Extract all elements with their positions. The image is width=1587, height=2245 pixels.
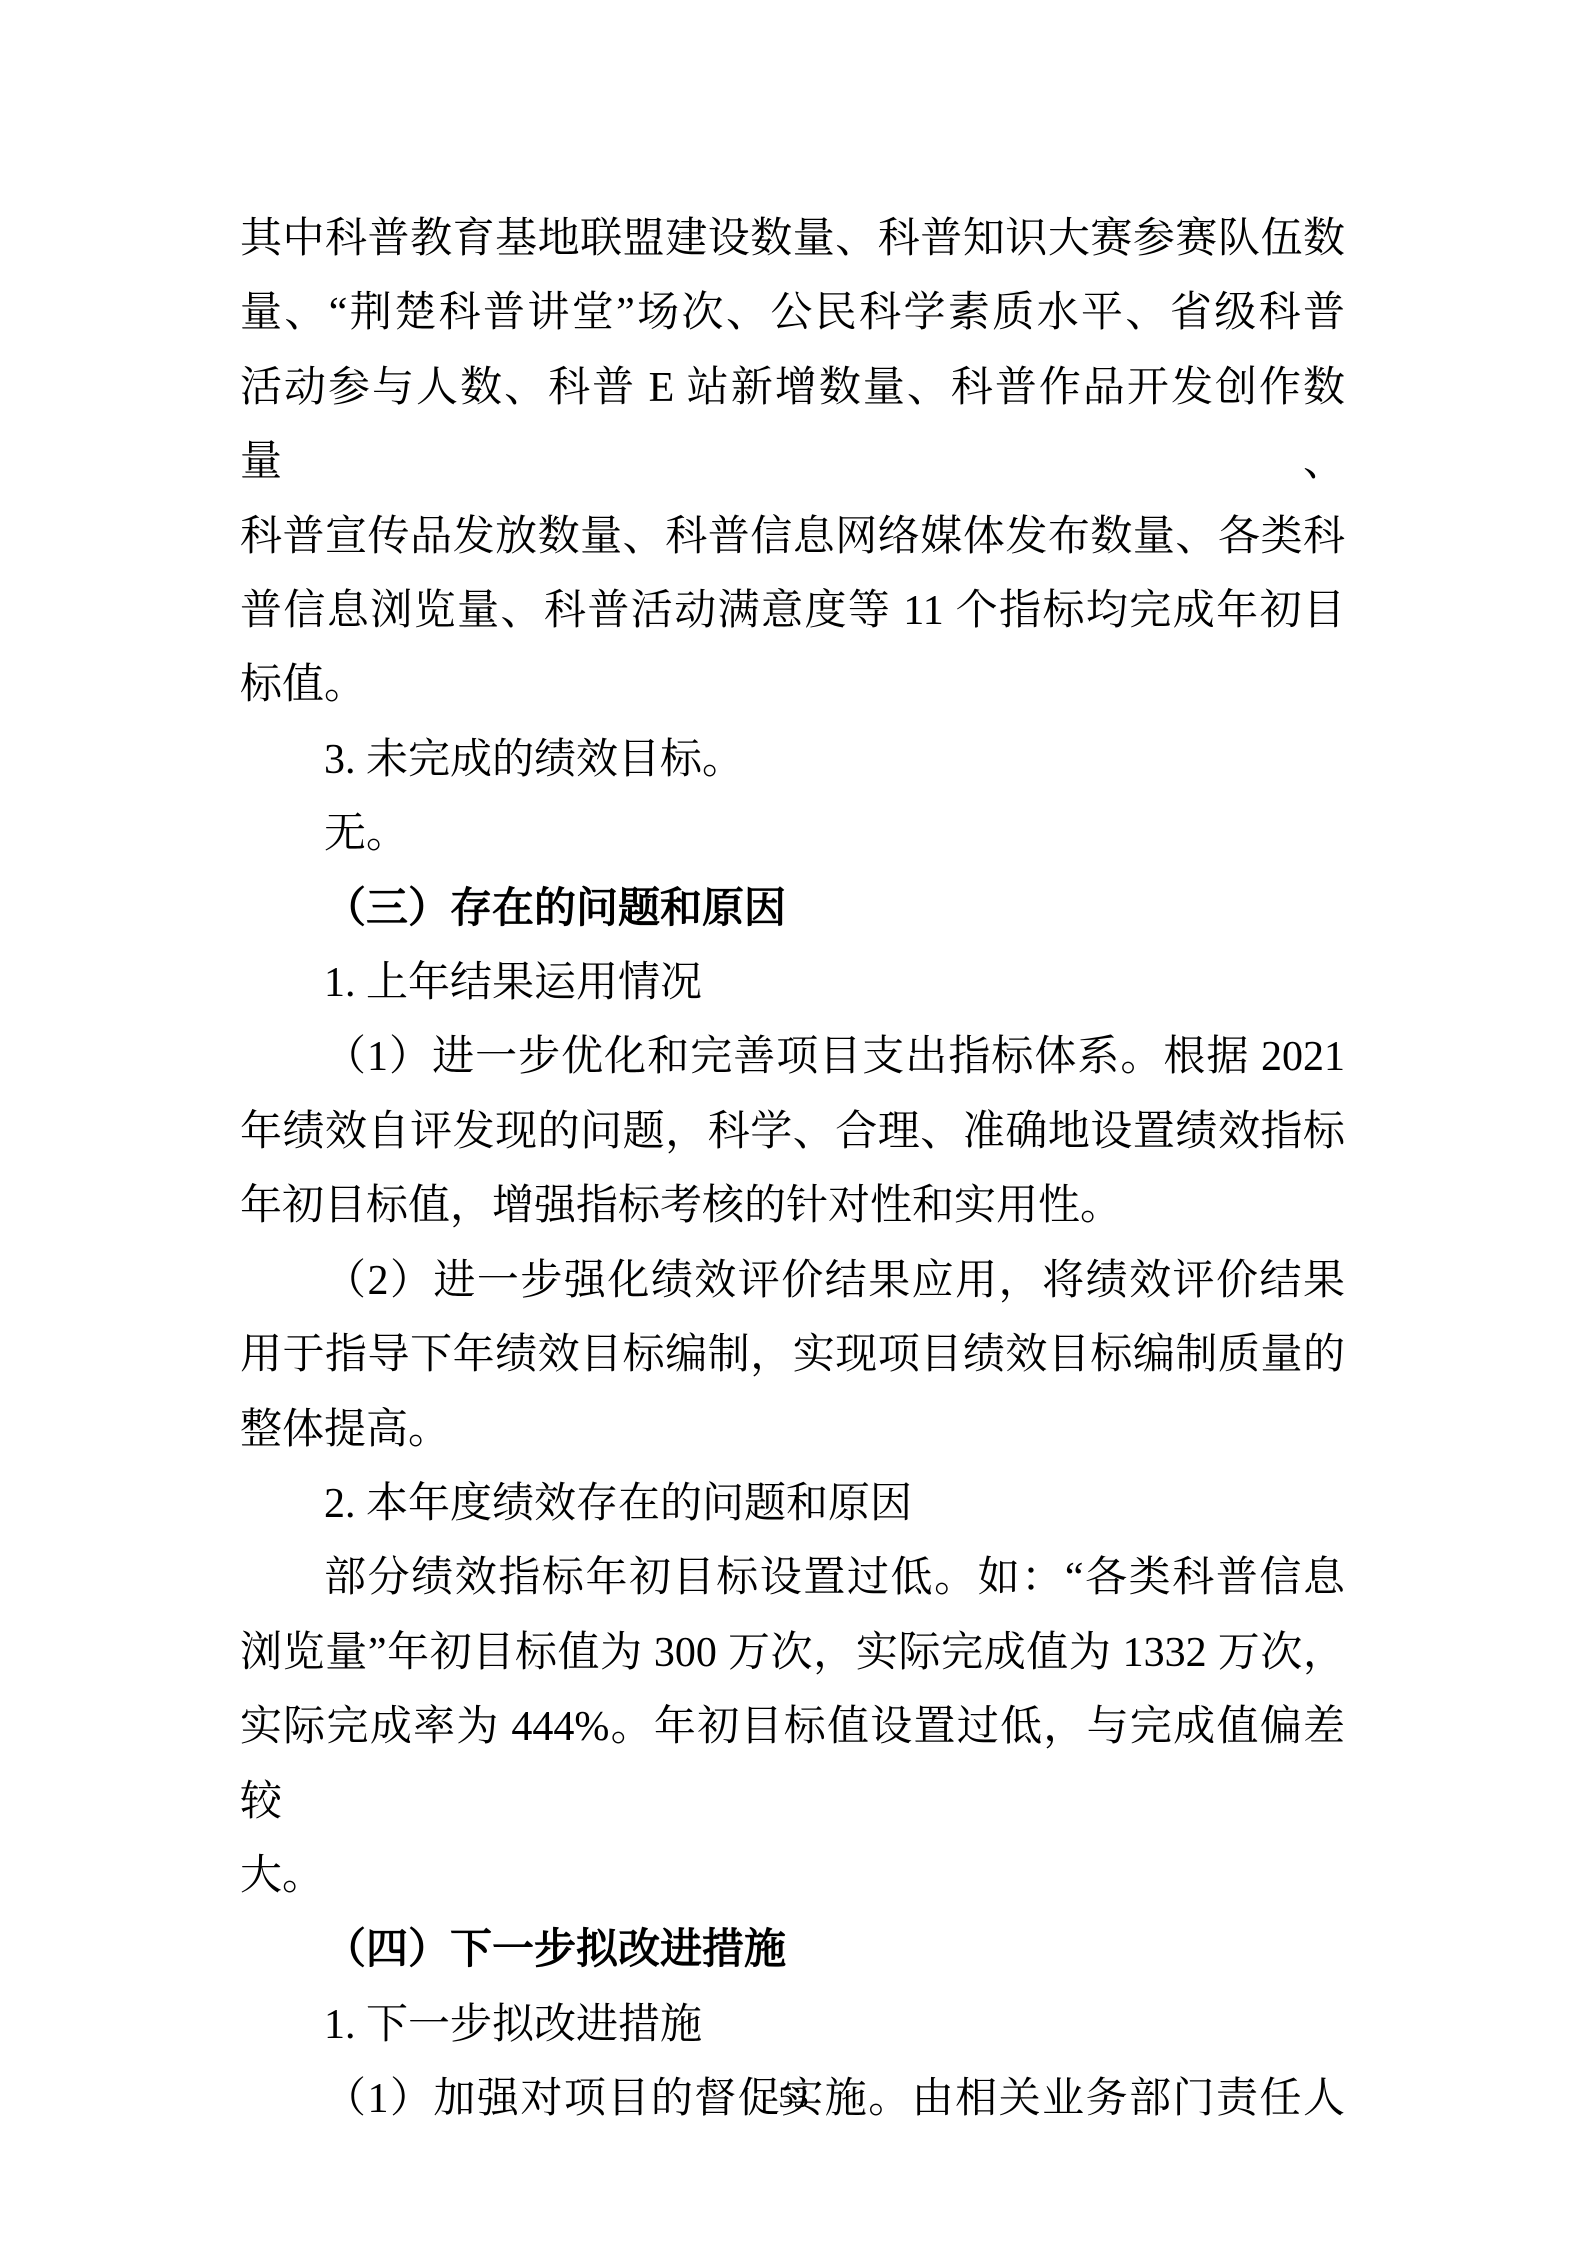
text-line: 普信息浏览量、科普活动满意度等 11 个指标均完成年初目 bbox=[240, 574, 1345, 648]
text-line: 无。 bbox=[240, 797, 1345, 871]
text-line: 量、“荆楚科普讲堂”场次、公民科学素质水平、省级科普 bbox=[240, 276, 1345, 350]
text-line: 2. 本年度绩效存在的问题和原因 bbox=[240, 1467, 1345, 1541]
text-line: 活动参与人数、科普 E 站新增数量、科普作品开发创作数量、 bbox=[240, 351, 1345, 500]
text-line: 其中科普教育基地联盟建设数量、科普知识大赛参赛队伍数 bbox=[240, 202, 1345, 276]
text-line: 1. 下一步拟改进措施 bbox=[240, 1988, 1345, 2062]
text-line: 用于指导下年绩效目标编制，实现项目绩效目标编制质量的 bbox=[240, 1318, 1345, 1392]
text-line: 浏览量”年初目标值为 300 万次，实际完成值为 1332 万次， bbox=[240, 1616, 1345, 1690]
text-line: 1. 上年结果运用情况 bbox=[240, 946, 1345, 1020]
text-line: （2）进一步强化绩效评价结果应用，将绩效评价结果 bbox=[240, 1244, 1345, 1318]
text-line: 年绩效自评发现的问题，科学、合理、准确地设置绩效指标 bbox=[240, 1095, 1345, 1169]
section-heading: （三）存在的问题和原因 bbox=[240, 872, 1345, 946]
page-number: 53 bbox=[0, 2080, 1587, 2116]
text-line: （1）进一步优化和完善项目支出指标体系。根据 2021 bbox=[240, 1020, 1345, 1094]
text-line: 整体提高。 bbox=[240, 1393, 1345, 1467]
text-line: 年初目标值，增强指标考核的针对性和实用性。 bbox=[240, 1169, 1345, 1243]
document-page: 其中科普教育基地联盟建设数量、科普知识大赛参赛队伍数 量、“荆楚科普讲堂”场次、… bbox=[0, 0, 1587, 2245]
text-line: 大。 bbox=[240, 1839, 1345, 1913]
text-line: 3. 未完成的绩效目标。 bbox=[240, 723, 1345, 797]
text-line: 实际完成率为 444%。年初目标值设置过低，与完成值偏差较 bbox=[240, 1690, 1345, 1839]
text-line: 标值。 bbox=[240, 648, 1345, 722]
section-heading: （四）下一步拟改进措施 bbox=[240, 1913, 1345, 1987]
text-line: 科普宣传品发放数量、科普信息网络媒体发布数量、各类科 bbox=[240, 500, 1345, 574]
text-line: 部分绩效指标年初目标设置过低。如：“各类科普信息 bbox=[240, 1541, 1345, 1615]
document-text-block: 其中科普教育基地联盟建设数量、科普知识大赛参赛队伍数 量、“荆楚科普讲堂”场次、… bbox=[240, 202, 1345, 2137]
